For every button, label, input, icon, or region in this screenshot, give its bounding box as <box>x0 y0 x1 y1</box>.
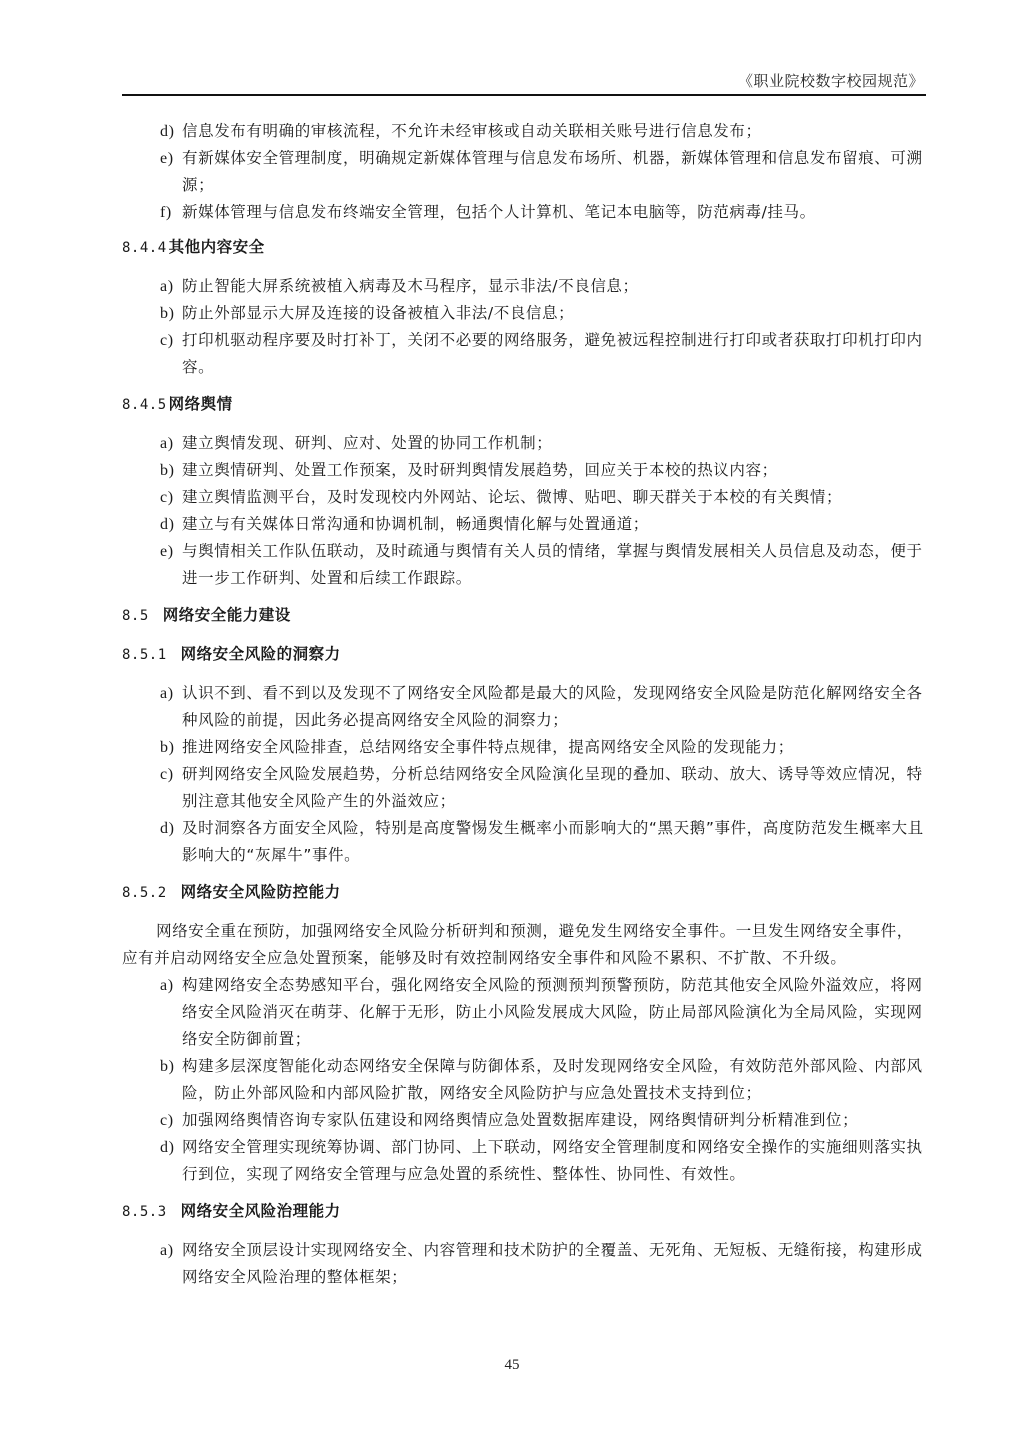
header-divider <box>122 94 926 96</box>
list-item: a)构建网络安全态势感知平台，强化网络安全风险的预测预判预警预防，防范其他安全风… <box>122 972 928 1053</box>
list-item: c)加强网络舆情咨询专家队伍建设和网络舆情应急处置数据库建设，网络舆情研判分析精… <box>122 1107 928 1134</box>
list-item: b)推进网络安全风险排查，总结网络安全事件特点规律，提高网络安全风险的发现能力； <box>122 734 928 761</box>
list-item: e)有新媒体安全管理制度，明确规定新媒体管理与信息发布场所、机器，新媒体管理和信… <box>122 145 928 199</box>
list-item: d)及时洞察各方面安全风险，特别是高度警惕发生概率小而影响大的“黑天鹅”事件，高… <box>122 815 928 869</box>
page-number: 45 <box>0 1357 1024 1374</box>
list-item: c)建立舆情监测平台，及时发现校内外网站、论坛、微博、贴吧、聊天群关于本校的有关… <box>122 484 928 511</box>
document-header-title: 《职业院校数字校园规范》 <box>738 70 924 91</box>
list-item: e)与舆情相关工作队伍联动，及时疏通与舆情有关人员的情绪，掌握与舆情发展相关人员… <box>122 538 928 592</box>
section-heading-8-4-5: 8.4.5网络舆情 <box>122 391 928 419</box>
section-heading-8-5-2: 8.5.2网络安全风险防控能力 <box>122 879 928 907</box>
section-heading-8-5-1: 8.5.1网络安全风险的洞察力 <box>122 641 928 669</box>
section-heading-8-5-3: 8.5.3网络安全风险治理能力 <box>122 1198 928 1226</box>
list-item: b)建立舆情研判、处置工作预案，及时研判舆情发展趋势，回应关于本校的热议内容； <box>122 457 928 484</box>
section-heading-8-4-4: 8.4.4其他内容安全 <box>122 234 928 262</box>
list-item: a)网络安全顶层设计实现网络安全、内容管理和技术防护的全覆盖、无死角、无短板、无… <box>122 1237 928 1291</box>
section-heading-8-5: 8.5网络安全能力建设 <box>122 602 928 630</box>
list-item: d)网络安全管理实现统筹协调、部门协同、上下联动，网络安全管理制度和网络安全操作… <box>122 1134 928 1188</box>
continued-list: d)信息发布有明确的审核流程，不允许未经审核或自动关联相关账号进行信息发布； e… <box>122 118 928 226</box>
list-item: c)研判网络安全风险发展趋势，分析总结网络安全风险演化呈现的叠加、联动、放大、诱… <box>122 761 928 815</box>
list-item: a)建立舆情发现、研判、应对、处置的协同工作机制； <box>122 430 928 457</box>
list-item: f)新媒体管理与信息发布终端安全管理，包括个人计算机、笔记本电脑等，防范病毒/挂… <box>122 199 928 226</box>
section-paragraph: 网络安全重在预防，加强网络安全风险分析研判和预测，避免发生网络安全事件。一旦发生… <box>122 918 928 972</box>
list-item: b)防止外部显示大屏及连接的设备被植入非法/不良信息； <box>122 300 928 327</box>
list-item: d)信息发布有明确的审核流程，不允许未经审核或自动关联相关账号进行信息发布； <box>122 118 928 145</box>
list-item: a)认识不到、看不到以及发现不了网络安全风险都是最大的风险，发现网络安全风险是防… <box>122 680 928 734</box>
page-body: d)信息发布有明确的审核流程，不允许未经审核或自动关联相关账号进行信息发布； e… <box>122 118 928 1291</box>
list-item: a)防止智能大屏系统被植入病毒及木马程序，显示非法/不良信息； <box>122 273 928 300</box>
list-item: c)打印机驱动程序要及时打补丁，关闭不必要的网络服务，避免被远程控制进行打印或者… <box>122 327 928 381</box>
list-item: d)建立与有关媒体日常沟通和协调机制，畅通舆情化解与处置通道； <box>122 511 928 538</box>
list-item: b)构建多层深度智能化动态网络安全保障与防御体系，及时发现网络安全风险，有效防范… <box>122 1053 928 1107</box>
